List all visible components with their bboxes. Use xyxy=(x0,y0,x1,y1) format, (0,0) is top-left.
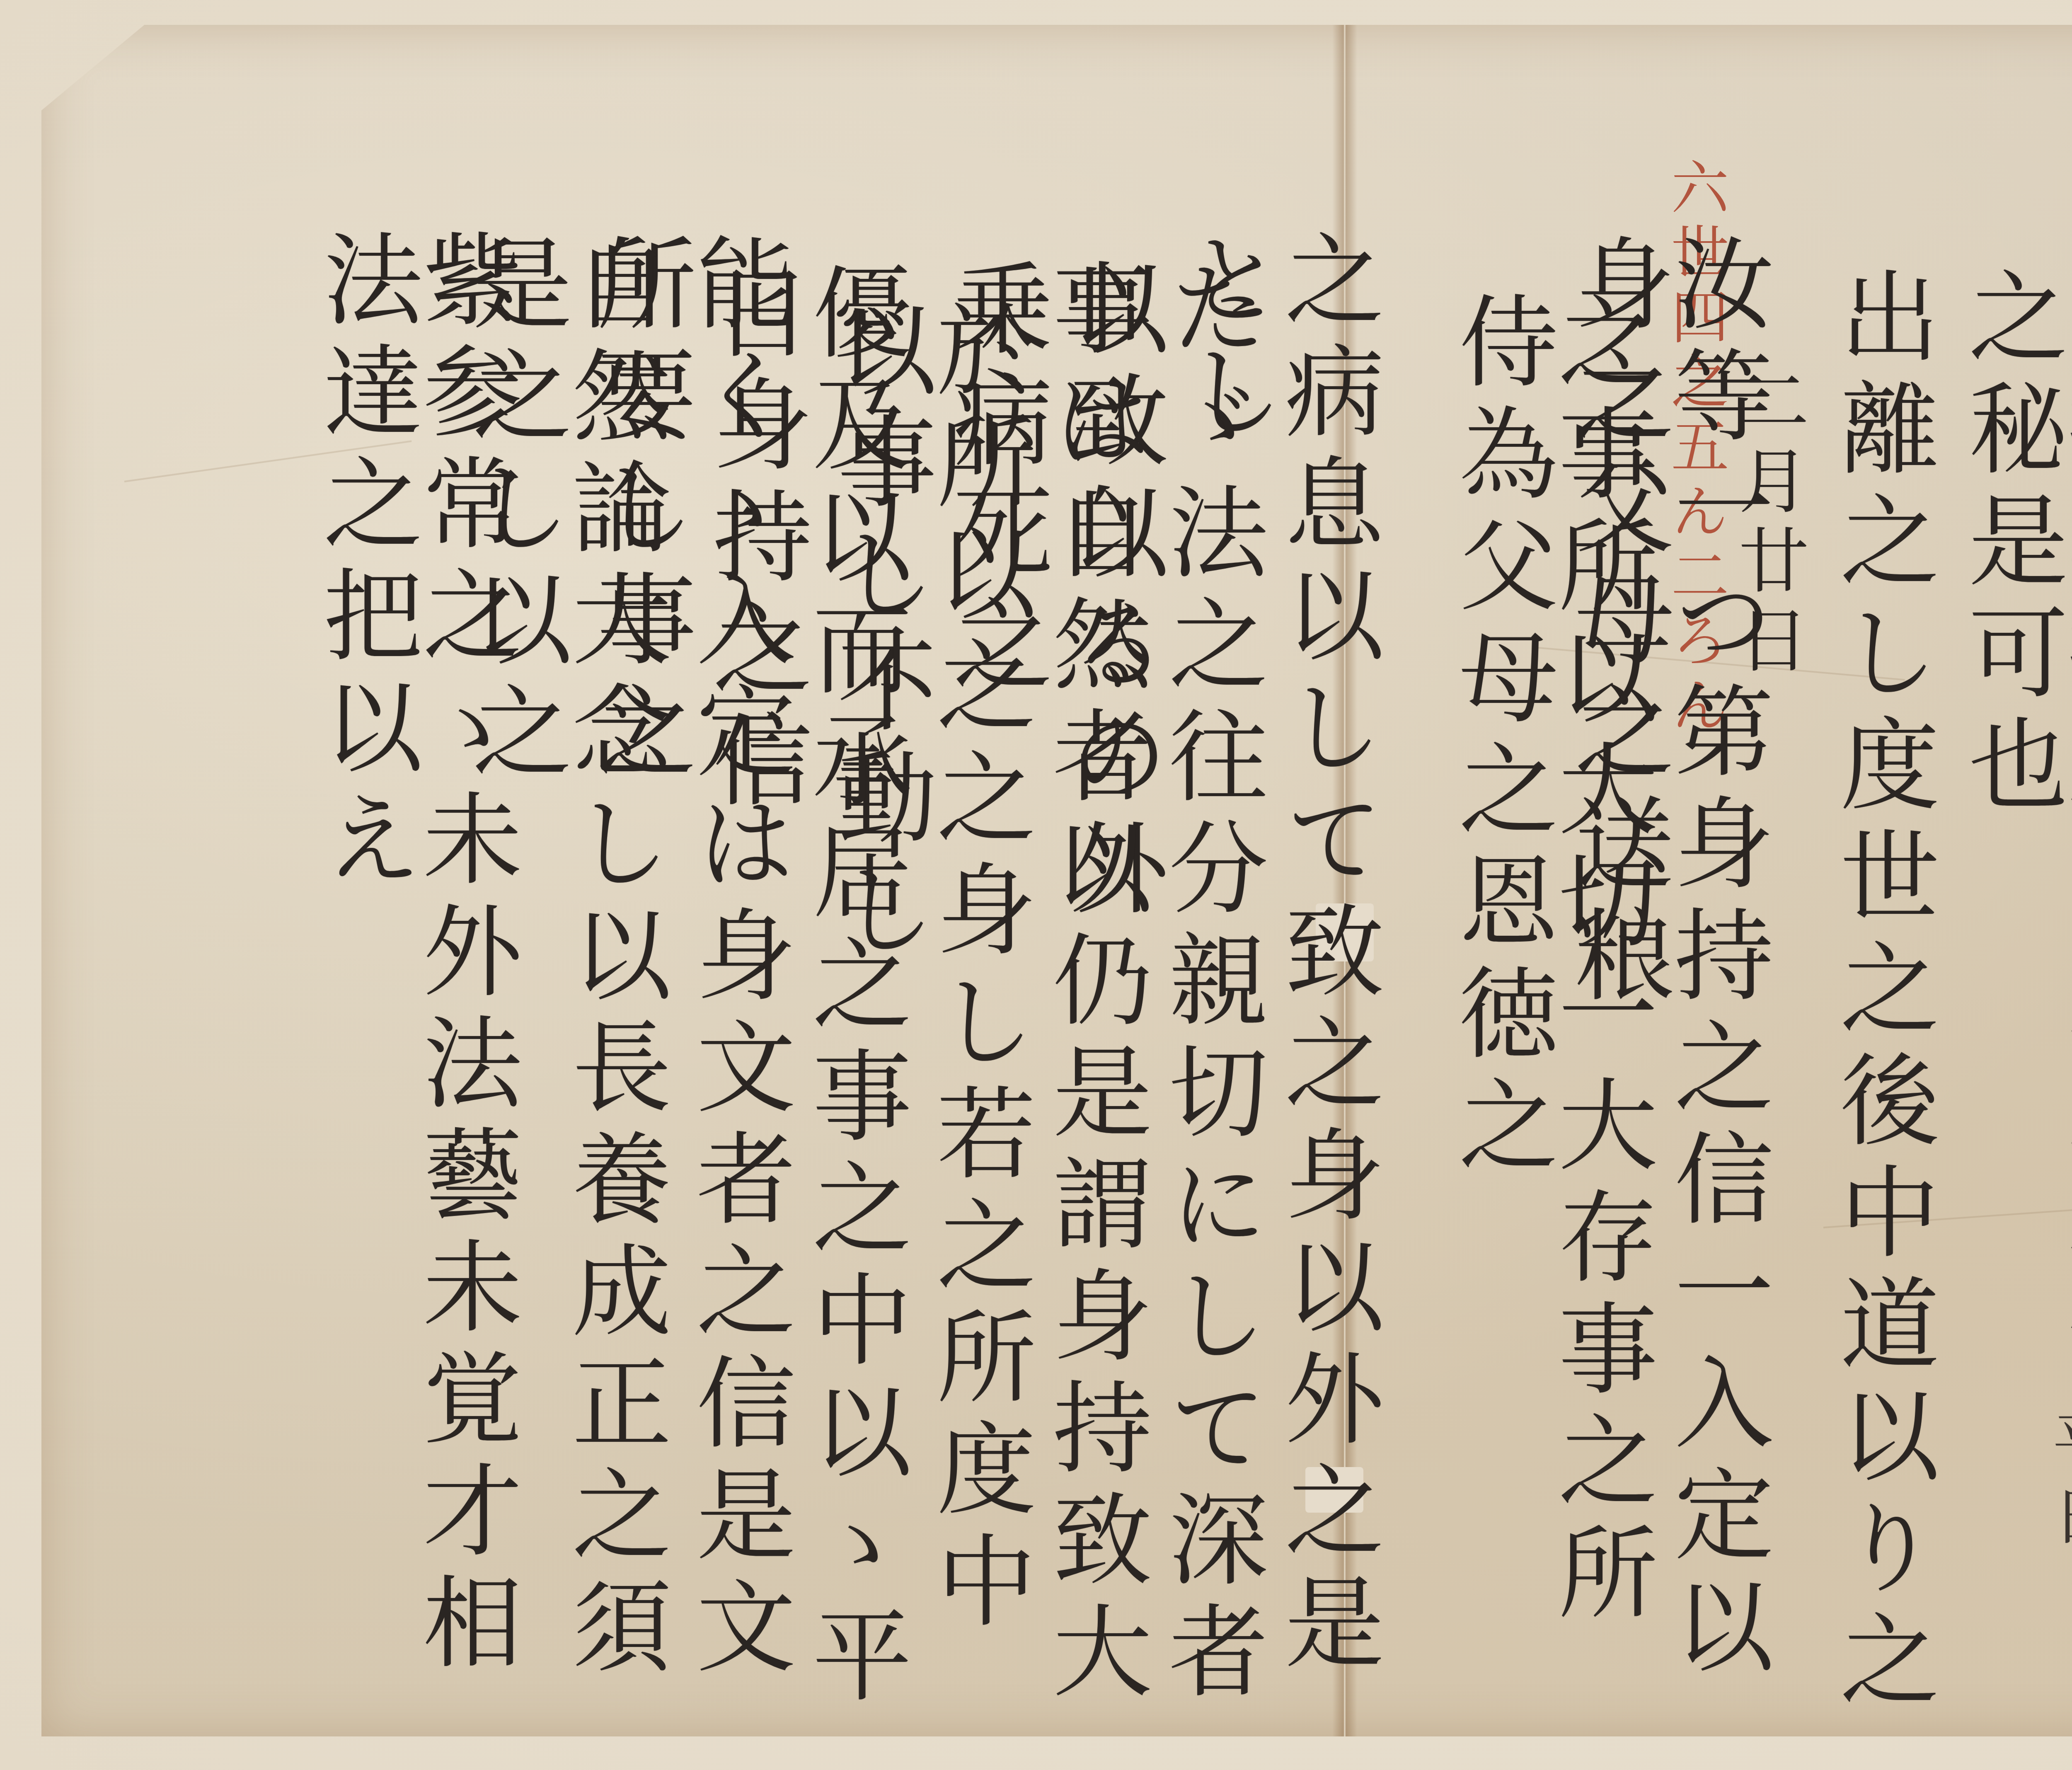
right-column-4: 身持心持之ゝ入定未信以至実之秘是可也 xyxy=(1960,265,2072,1736)
manuscript-sheet: 浮麗者隷書并書稽古紹藝能之 以先身之為正道之道し学文之都白人之 於此し中事以来世… xyxy=(41,25,2072,1736)
right-column-5: 出離之し度世之後中道以り之 xyxy=(1832,265,1931,1720)
right-column-7: 之事所以大切一大存事之所侍為父母之恩徳之 xyxy=(1450,290,1649,1736)
left-column-8: 紫参常之ゝ未外法藝未覚才相法達之把以え xyxy=(315,228,514,1736)
